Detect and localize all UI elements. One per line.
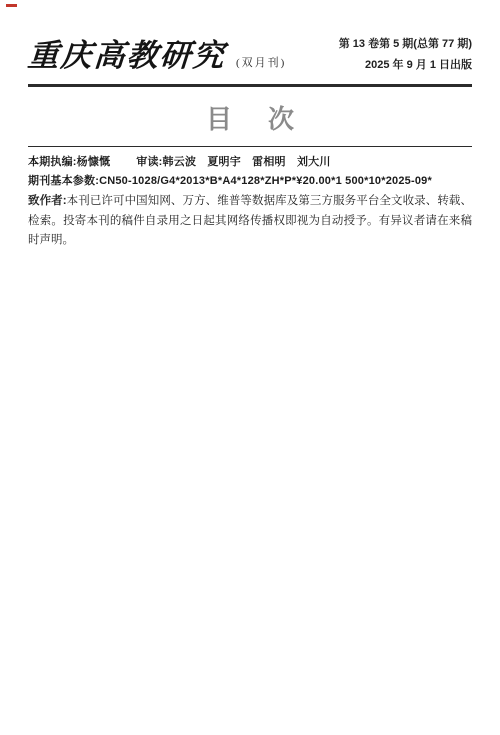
journal-title-group: 重庆高教研究 (双月刊) bbox=[28, 30, 286, 75]
journal-title: 重庆高教研究 bbox=[26, 30, 227, 75]
issue-date-line: 2025 年 9 月 1 日出版 bbox=[339, 55, 472, 75]
registration-mark bbox=[6, 4, 17, 7]
authors-notice-label: 致作者: bbox=[28, 195, 67, 207]
reviewers-label: 审读: bbox=[136, 156, 162, 168]
issue-volume-line: 第 13 卷第 5 期(总第 77 期) bbox=[339, 34, 472, 54]
footer-editors-line: 本期执编:杨慷慨审读:韩云波 夏明宇 雷相明 刘大川 bbox=[28, 154, 472, 171]
exec-editor-label: 本期执编: bbox=[28, 156, 77, 168]
journal-subtitle: (双月刊) bbox=[236, 54, 286, 70]
header-rule bbox=[28, 84, 472, 87]
exec-editor-name: 杨慷慨 bbox=[77, 156, 111, 168]
footer-rule bbox=[28, 146, 472, 148]
masthead: 重庆高教研究 (双月刊) 第 13 卷第 5 期(总第 77 期) 2025 年… bbox=[28, 30, 472, 75]
issue-info: 第 13 卷第 5 期(总第 77 期) 2025 年 9 月 1 日出版 bbox=[339, 34, 472, 75]
footer: 本期执编:杨慷慨审读:韩云波 夏明宇 雷相明 刘大川 期刊基本参数:CN50-1… bbox=[28, 154, 472, 251]
journal-params-value: CN50-1028/G4*2013*B*A4*128*ZH*P*¥20.00*1… bbox=[99, 175, 432, 187]
authors-notice-text: 本刊已许可中国知网、万方、维普等数据库及第三方服务平台全文收录、转载、检索。投寄… bbox=[28, 195, 472, 246]
journal-toc-page: 重庆高教研究 (双月刊) 第 13 卷第 5 期(总第 77 期) 2025 年… bbox=[0, 0, 500, 735]
reviewers-names: 韩云波 夏明宇 雷相明 刘大川 bbox=[163, 156, 331, 168]
footer-authors-notice: 致作者:本刊已许可中国知网、万方、维普等数据库及第三方服务平台全文收录、转载、检… bbox=[28, 192, 472, 251]
toc-title: 目次 bbox=[64, 99, 472, 136]
journal-params-label: 期刊基本参数: bbox=[28, 175, 99, 187]
footer-params-line: 期刊基本参数:CN50-1028/G4*2013*B*A4*128*ZH*P*¥… bbox=[28, 173, 472, 190]
